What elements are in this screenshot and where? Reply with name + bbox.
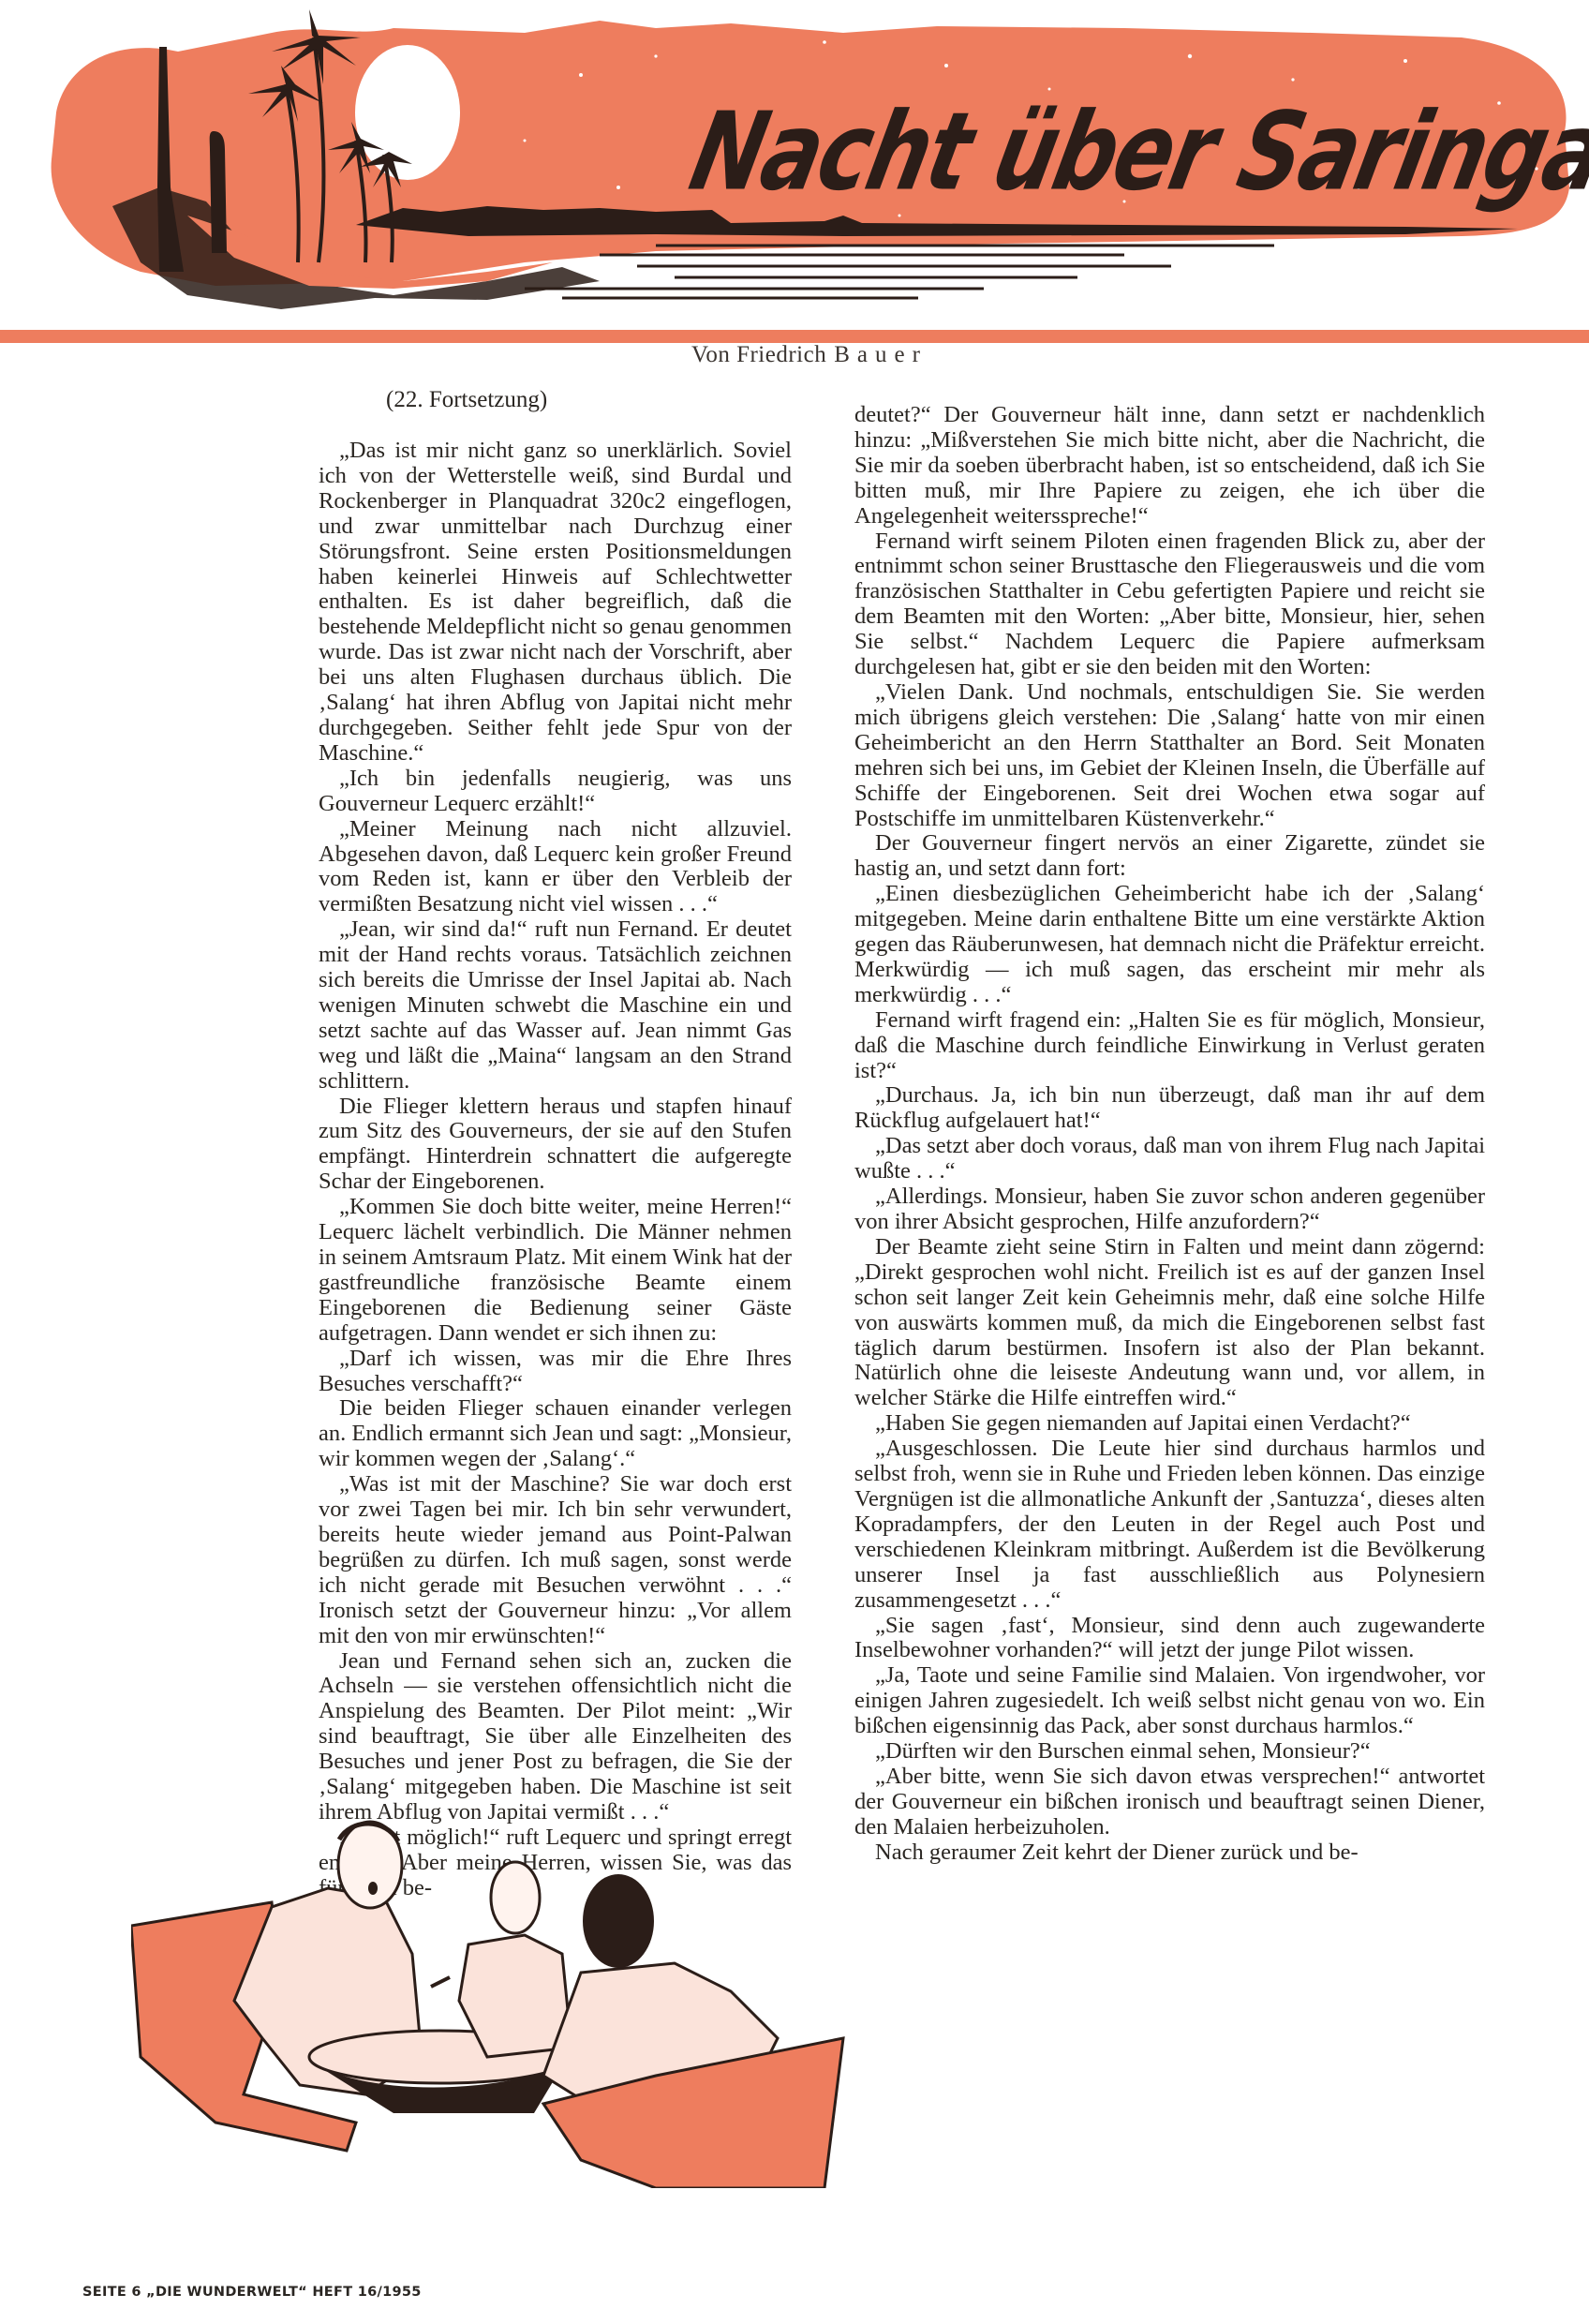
moon [355, 45, 460, 180]
paragraph: „Allerdings. Monsieur, haben Sie zuvor s… [854, 1184, 1485, 1235]
paragraph: „Das ist mir nicht ganz so unerklärlich.… [319, 439, 792, 767]
cactus [210, 131, 227, 253]
paragraph: Die beiden Flieger schauen einander verl… [319, 1396, 792, 1472]
article-title: Nacht über Saringa [681, 89, 1589, 215]
paragraph: „Meiner Meinung nach nicht allzuviel. Ab… [319, 817, 792, 918]
paragraph: Jean und Fernand sehen sich an, zucken d… [319, 1649, 792, 1825]
paragraph: „Haben Sie gegen niemanden auf Japitai e… [854, 1411, 1485, 1437]
paragraph-continued: deutet?“ Der Gouverneur hält inne, dann … [854, 403, 1485, 529]
paragraph: „Einen diesbezüglichen Geheimbericht hab… [854, 882, 1485, 1008]
header-divider [0, 330, 1589, 343]
paragraph: „Aber bitte, wenn Sie sich davon etwas v… [854, 1765, 1485, 1840]
paragraph: „Ausgeschlossen. Die Leute hier sind dur… [854, 1437, 1485, 1613]
water-lines [525, 246, 1274, 298]
paragraph: „Durchaus. Ja, ich bin nun überzeugt, da… [854, 1083, 1485, 1134]
paragraph: „Was ist mit der Maschine? Sie war doch … [319, 1472, 792, 1648]
paragraph: Die Flieger klettern heraus und stapfen … [319, 1095, 792, 1196]
pilot-head [491, 1862, 540, 1933]
paragraph: Der Beamte zieht seine Stirn in Falten u… [854, 1235, 1485, 1411]
installment-label: (22. Fortsetzung) [386, 387, 547, 413]
byline: Von FriedrichBauer [691, 342, 928, 368]
scene-illustration [131, 1813, 853, 2188]
paragraph: Der Gouverneur fingert nervös an einer Z… [854, 831, 1485, 882]
paragraph: „Sie sagen ‚fast‘, Monsieur, sind denn a… [854, 1614, 1485, 1664]
paragraph: „Das setzt aber doch voraus, daß man von… [854, 1134, 1485, 1184]
paragraph: „Darf ich wissen, was mir die Ehre Ihres… [319, 1347, 792, 1397]
paragraph: „Kommen Sie doch bitte weiter, meine Her… [319, 1195, 792, 1346]
fernand-head [583, 1874, 654, 1968]
paragraph: „Jean, wir sind da!“ ruft nun Fernand. E… [319, 917, 792, 1094]
paragraph: Fernand wirft fragend ein: „Halten Sie e… [854, 1008, 1485, 1084]
paragraph: „Ich bin jedenfalls neugierig, was uns G… [319, 767, 792, 817]
paragraph: „Ja, Taote und seine Familie sind Malaie… [854, 1663, 1485, 1739]
paragraph: Fernand wirft seinem Piloten einen frage… [854, 529, 1485, 680]
left-column: „Das ist mir nicht ganz so unerklärlich.… [319, 439, 792, 1901]
page-footer: SEITE 6 „DIE WUNDERWELT“ HEFT 16/1955 [82, 2285, 422, 2300]
paragraph: „Vielen Dank. Und nochmals, entschuldige… [854, 680, 1485, 831]
right-column: deutet?“ Der Gouverneur hält inne, dann … [854, 403, 1485, 1866]
paragraph: Nach geraumer Zeit kehrt der Diener zurü… [854, 1840, 1485, 1866]
byline-prefix: Von Friedrich [691, 342, 826, 367]
paragraph: „Dürften wir den Burschen einmal sehen, … [854, 1739, 1485, 1765]
author-name: Bauer [834, 342, 928, 367]
